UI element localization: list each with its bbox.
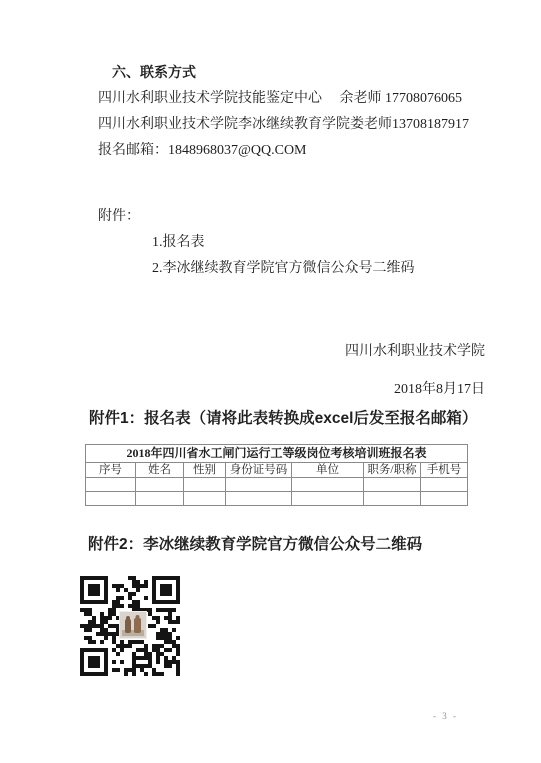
table-cell — [136, 492, 184, 506]
attachment2-heading: 附件2：李冰继续教育学院官方微信公众号二维码 — [88, 535, 422, 555]
contact-section-heading: 六、联系方式 — [112, 64, 196, 81]
table-cell — [226, 478, 292, 492]
table-cell — [292, 478, 364, 492]
table-cell — [364, 492, 421, 506]
qr-center-logo — [119, 611, 147, 639]
wechat-qr-code — [80, 576, 180, 676]
registration-table-container: 2018年四川省水工闸门运行工等级岗位考核培训班报名表 序号 姓名 性别 身份证… — [85, 444, 468, 506]
registration-table: 2018年四川省水工闸门运行工等级岗位考核培训班报名表 序号 姓名 性别 身份证… — [85, 444, 468, 506]
table-row — [86, 478, 468, 492]
signoff-organization: 四川水利职业技术学院 — [345, 344, 485, 360]
table-cell — [421, 492, 468, 506]
table-cell — [226, 492, 292, 506]
table-header-row: 序号 姓名 性别 身份证号码 单位 职务/职称 手机号 — [86, 463, 468, 478]
table-cell — [86, 492, 136, 506]
contact-line: 四川水利职业技术学院李冰继续教育学院娄老师13708187917 — [98, 117, 469, 133]
document-page: 六、联系方式 四川水利职业技术学院技能鉴定中心 余老师 17708076065 … — [0, 0, 541, 763]
table-header-cell: 性别 — [184, 463, 226, 478]
attachment-list-item: 2.李冰继续教育学院官方微信公众号二维码 — [152, 261, 415, 277]
table-header-cell: 单位 — [292, 463, 364, 478]
table-header-cell: 序号 — [86, 463, 136, 478]
contact-line-email: 报名邮箱：1848968037@QQ.COM — [98, 143, 307, 159]
table-header-cell: 姓名 — [136, 463, 184, 478]
attachment-list-item: 1.报名表 — [152, 235, 205, 251]
signoff-date: 2018年8月17日 — [394, 382, 485, 398]
qr-logo-statues — [120, 612, 146, 638]
registration-table-title: 2018年四川省水工闸门运行工等级岗位考核培训班报名表 — [86, 445, 468, 463]
table-header-cell: 职务/职称 — [364, 463, 421, 478]
table-cell — [184, 478, 226, 492]
table-row — [86, 492, 468, 506]
page-number: - 3 - — [433, 711, 458, 721]
table-cell — [136, 478, 184, 492]
table-cell — [86, 478, 136, 492]
contact-line: 四川水利职业技术学院技能鉴定中心 余老师 17708076065 — [98, 91, 462, 107]
table-header-cell: 手机号 — [421, 463, 468, 478]
table-title-row: 2018年四川省水工闸门运行工等级岗位考核培训班报名表 — [86, 445, 468, 463]
table-cell — [292, 492, 364, 506]
attachments-label: 附件： — [98, 209, 140, 225]
table-cell — [421, 478, 468, 492]
table-header-cell: 身份证号码 — [226, 463, 292, 478]
attachment1-heading: 附件1：报名表（请将此表转换成excel后发至报名邮箱） — [89, 409, 477, 429]
table-cell — [184, 492, 226, 506]
table-cell — [364, 478, 421, 492]
